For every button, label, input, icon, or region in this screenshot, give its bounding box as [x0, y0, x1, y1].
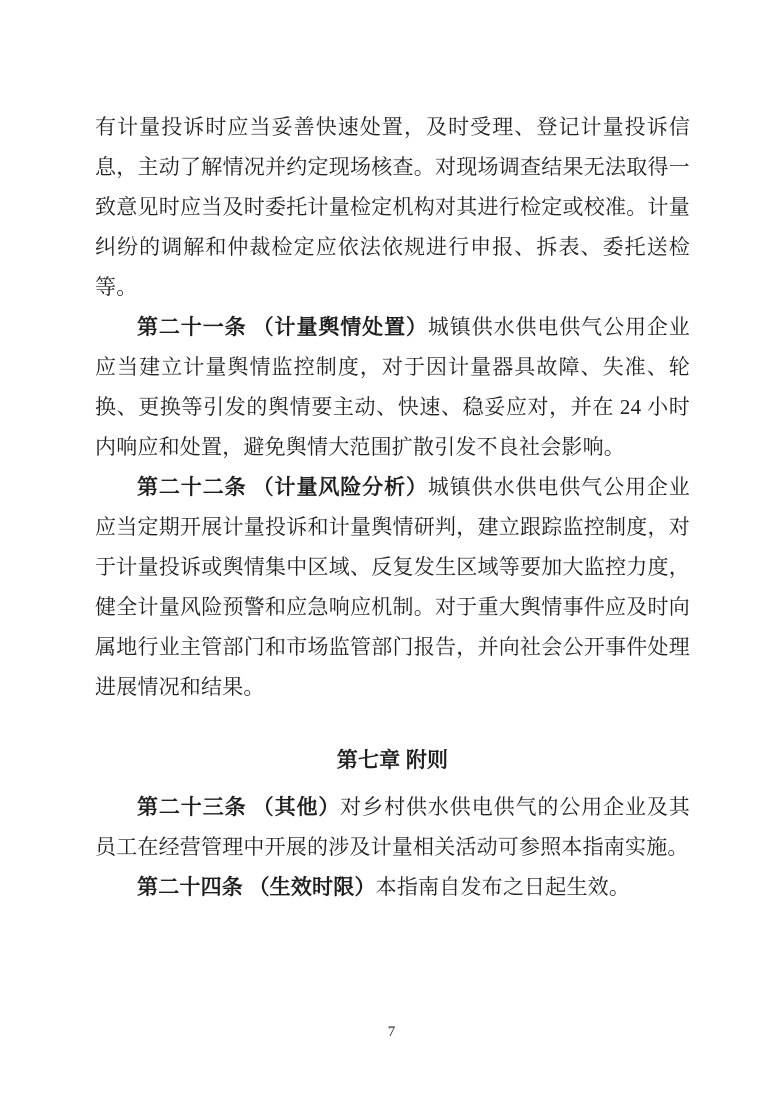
article-22-heading: 第二十二条 （计量风险分析） — [137, 475, 428, 499]
chapter-7-heading: 第七章 附则 — [95, 740, 690, 780]
article-23-heading: 第二十三条 （其他） — [137, 795, 340, 819]
article-21-heading: 第二十一条 （计量舆情处置） — [137, 315, 428, 339]
page-footer: 7 — [0, 1023, 783, 1041]
paragraph-article-24: 第二十四条 （生效时限）本指南自发布之日起生效。 — [95, 867, 690, 907]
paragraph-article-21: 第二十一条 （计量舆情处置）城镇供水供电供气公用企业应当建立计量舆情监控制度，对… — [95, 307, 690, 467]
article-24-heading: 第二十四条 （生效时限） — [137, 875, 376, 899]
document-page: 有计量投诉时应当妥善快速处置，及时受理、登记计量投诉信息，主动了解情况并约定现场… — [0, 0, 783, 1098]
article-22-text: 城镇供水供电供气公用企业应当定期开展计量投诉和计量舆情研判，建立跟踪监控制度，对… — [95, 475, 690, 699]
document-content: 有计量投诉时应当妥善快速处置，及时受理、登记计量投诉信息，主动了解情况并约定现场… — [95, 107, 690, 907]
article-24-text: 本指南自发布之日起生效。 — [376, 875, 630, 899]
paragraph-article-22: 第二十二条 （计量风险分析）城镇供水供电供气公用企业应当定期开展计量投诉和计量舆… — [95, 467, 690, 707]
paragraph-article-23: 第二十三条 （其他）对乡村供水供电供气的公用企业及其员工在经营管理中开展的涉及计… — [95, 787, 690, 867]
paragraph-text: 有计量投诉时应当妥善快速处置，及时受理、登记计量投诉信息，主动了解情况并约定现场… — [95, 115, 690, 299]
page-number: 7 — [388, 1024, 396, 1040]
paragraph-continuation: 有计量投诉时应当妥善快速处置，及时受理、登记计量投诉信息，主动了解情况并约定现场… — [95, 107, 690, 307]
